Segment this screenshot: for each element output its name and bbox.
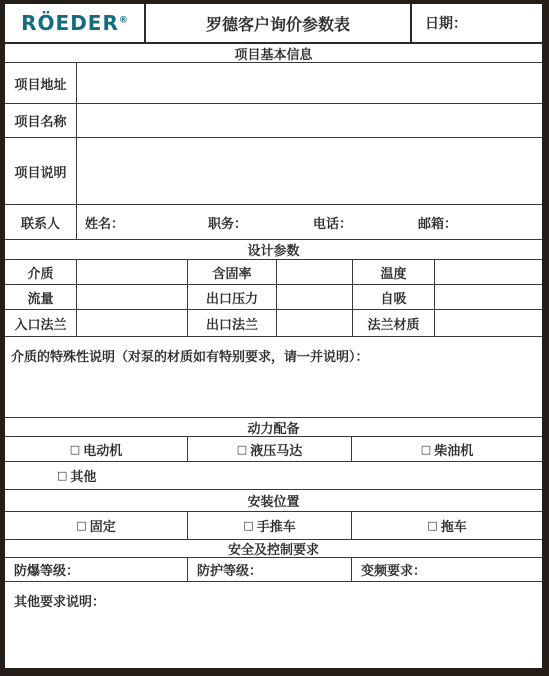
design-row-3: 入口法兰 出口法兰 法兰材质 [5, 310, 542, 337]
medium-special-note-row[interactable]: 介质的特殊性说明（对泵的材质如有特别要求，请一并说明）： [5, 337, 542, 418]
hydraulic-motor-label: 液压马达 [250, 440, 302, 459]
date-label: 日期： [425, 13, 467, 33]
section-safety: 安全及控制要求 [5, 540, 542, 558]
vfd-requirement-field[interactable]: 变频要求： [352, 558, 542, 581]
registered-trademark-icon: ® [119, 15, 128, 25]
option-trailer[interactable]: □ 拖车 [352, 512, 542, 539]
diesel-engine-label: 柴油机 [434, 440, 473, 459]
project-name-row: 项目名称 [5, 104, 542, 138]
power-other-row: □ 其他 [5, 462, 542, 490]
checkbox-icon[interactable]: □ [421, 444, 431, 455]
flange-material-input[interactable] [435, 310, 542, 336]
contact-phone-field[interactable]: 电话： [313, 213, 418, 232]
design-row-1: 介质 含固率 温度 [5, 260, 542, 285]
vfd-requirement-label: 变频要求： [361, 560, 426, 579]
section-install: 安装位置 [5, 490, 542, 512]
option-hydraulic-motor[interactable]: □ 液压马达 [188, 437, 352, 461]
temperature-label: 温度 [353, 260, 435, 284]
trailer-label: 拖车 [441, 516, 467, 535]
contact-position-field[interactable]: 职务： [208, 213, 313, 232]
roeder-logo: RÖEDER® [21, 11, 128, 35]
project-description-input[interactable] [77, 138, 542, 204]
project-address-input[interactable] [77, 63, 542, 103]
outlet-pressure-label: 出口压力 [188, 285, 277, 309]
contact-label: 联系人 [5, 205, 77, 239]
page-title: 罗德客户询价参数表 [146, 4, 412, 42]
other-requirements-input[interactable]: 其他要求说明： [5, 582, 542, 668]
option-trolley[interactable]: □ 手推车 [188, 512, 352, 539]
contact-name-field[interactable]: 姓名： [85, 213, 208, 232]
checkbox-icon[interactable]: □ [237, 444, 247, 455]
explosion-proof-field[interactable]: 防爆等级： [5, 558, 188, 581]
option-electric-motor[interactable]: □ 电动机 [5, 437, 188, 461]
other-requirements-row: 其他要求说明： [5, 582, 542, 668]
project-description-row: 项目说明 [5, 138, 542, 205]
solid-content-input[interactable] [277, 260, 353, 284]
checkbox-icon[interactable]: □ [76, 520, 86, 531]
install-options-row: □ 固定 □ 手推车 □ 拖车 [5, 512, 542, 540]
project-address-label: 项目地址 [5, 63, 77, 103]
contact-email-field[interactable]: 邮箱： [418, 213, 457, 232]
protection-grade-field[interactable]: 防护等级： [188, 558, 352, 581]
other-option-label: 其他 [70, 466, 96, 485]
outlet-flange-input[interactable] [277, 310, 353, 336]
inlet-flange-input[interactable] [77, 310, 188, 336]
self-priming-label: 自吸 [353, 285, 435, 309]
trolley-label: 手推车 [257, 516, 296, 535]
date-cell[interactable]: 日期： [412, 4, 542, 42]
power-options-row: □ 电动机 □ 液压马达 □ 柴油机 [5, 437, 542, 462]
medium-label: 介质 [5, 260, 77, 284]
inlet-flange-label: 入口法兰 [5, 310, 77, 336]
explosion-proof-label: 防爆等级： [14, 560, 79, 579]
design-row-2: 流量 出口压力 自吸 [5, 285, 542, 310]
inquiry-form: RÖEDER® 罗德客户询价参数表 日期： 项目基本信息 项目地址 项目名称 项… [5, 4, 542, 668]
contact-fields: 姓名： 职务： 电话： 邮箱： [77, 205, 542, 239]
flow-rate-input[interactable] [77, 285, 188, 309]
option-fixed[interactable]: □ 固定 [5, 512, 188, 539]
flange-material-label: 法兰材质 [353, 310, 435, 336]
electric-motor-label: 电动机 [83, 440, 122, 459]
form-header: RÖEDER® 罗德客户询价参数表 日期： [5, 4, 542, 44]
section-basic-info: 项目基本信息 [5, 44, 542, 63]
checkbox-icon[interactable]: □ [57, 470, 67, 481]
outlet-pressure-input[interactable] [277, 285, 353, 309]
flow-rate-label: 流量 [5, 285, 77, 309]
section-design-params: 设计参数 [5, 240, 542, 260]
solid-content-label: 含固率 [188, 260, 277, 284]
fixed-label: 固定 [90, 516, 116, 535]
medium-input[interactable] [77, 260, 188, 284]
project-description-label: 项目说明 [5, 138, 77, 204]
section-power: 动力配备 [5, 418, 542, 437]
logo-cell: RÖEDER® [5, 4, 146, 42]
project-name-input[interactable] [77, 104, 542, 137]
medium-special-note[interactable]: 介质的特殊性说明（对泵的材质如有特别要求，请一并说明）： [5, 337, 542, 417]
option-diesel-engine[interactable]: □ 柴油机 [352, 437, 542, 461]
option-other[interactable]: □ 其他 [5, 462, 542, 489]
safety-fields-row: 防爆等级： 防护等级： 变频要求： [5, 558, 542, 582]
protection-grade-label: 防护等级： [197, 560, 262, 579]
temperature-input[interactable] [435, 260, 542, 284]
checkbox-icon[interactable]: □ [70, 444, 80, 455]
checkbox-icon[interactable]: □ [427, 520, 437, 531]
contact-row: 联系人 姓名： 职务： 电话： 邮箱： [5, 205, 542, 240]
self-priming-input[interactable] [435, 285, 542, 309]
outlet-flange-label: 出口法兰 [188, 310, 277, 336]
logo-text: RÖEDER [21, 11, 119, 35]
project-address-row: 项目地址 [5, 63, 542, 104]
project-name-label: 项目名称 [5, 104, 77, 137]
checkbox-icon[interactable]: □ [243, 520, 253, 531]
